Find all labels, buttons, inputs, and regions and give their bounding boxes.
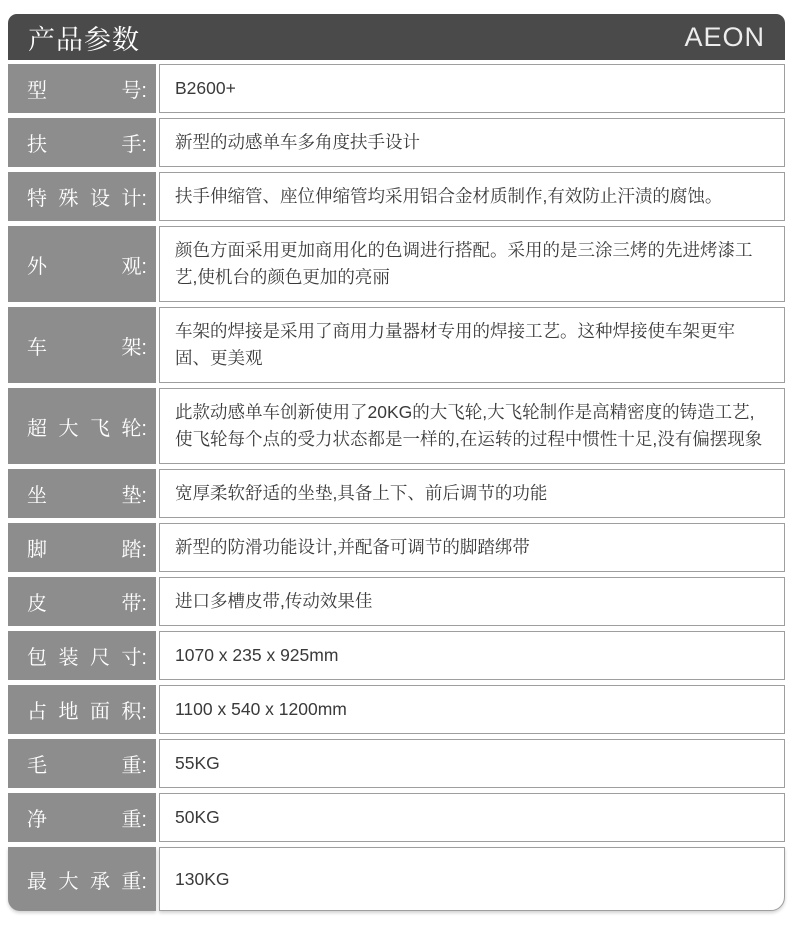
brand-logo: AEON [684, 22, 765, 53]
spec-label: 皮带: [8, 577, 156, 626]
spec-label-char: 型 [27, 74, 47, 103]
spec-label-char: 装 [58, 641, 78, 670]
spec-value: 扶手伸缩管、座位伸缩管均采用铝合金材质制作,有效防止汗渍的腐蚀。 [159, 172, 785, 221]
spec-label-char: 承 [90, 865, 110, 894]
spec-label-char: 尺 [90, 641, 110, 670]
spec-label-char: 手: [121, 128, 147, 157]
spec-label-char: 设 [90, 182, 110, 211]
spec-label-char: 重: [121, 865, 147, 894]
spec-label-char: 特 [27, 182, 47, 211]
spec-label-char: 最 [27, 865, 47, 894]
spec-row: 特殊设计: 扶手伸缩管、座位伸缩管均采用铝合金材质制作,有效防止汗渍的腐蚀。 [8, 172, 785, 221]
spec-label-char: 坐 [27, 479, 47, 508]
table-header: 产品参数 AEON [8, 14, 785, 60]
spec-label-char: 大 [58, 865, 78, 894]
spec-label-char: 观: [121, 250, 147, 279]
spec-label-char: 地 [58, 695, 78, 724]
spec-value: B2600+ [159, 64, 785, 113]
spec-value: 55KG [159, 739, 785, 788]
spec-label-char: 皮 [27, 587, 47, 616]
spec-row: 毛重: 55KG [8, 739, 785, 788]
spec-label-char: 寸: [121, 641, 147, 670]
spec-rows: 型号: B2600+ 扶手: 新型的动感单车多角度扶手设计 特殊设计: 扶手伸缩… [8, 64, 785, 911]
spec-label-char: 车 [27, 331, 47, 360]
spec-label-char: 脚 [27, 533, 47, 562]
spec-value: 1070 x 235 x 925mm [159, 631, 785, 680]
spec-label-char: 积: [121, 695, 147, 724]
spec-row: 坐垫: 宽厚柔软舒适的坐垫,具备上下、前后调节的功能 [8, 469, 785, 518]
spec-value: 车架的焊接是采用了商用力量器材专用的焊接工艺。这种焊接使车架更牢固、更美观 [159, 307, 785, 383]
spec-label-char: 殊 [58, 182, 78, 211]
spec-value: 130KG [159, 847, 785, 911]
page-title: 产品参数 [28, 18, 140, 57]
spec-row: 扶手: 新型的动感单车多角度扶手设计 [8, 118, 785, 167]
spec-row: 皮带: 进口多槽皮带,传动效果佳 [8, 577, 785, 626]
spec-label-char: 大 [58, 412, 78, 441]
spec-row: 占地面积: 1100 x 540 x 1200mm [8, 685, 785, 734]
spec-label-char: 占 [27, 695, 47, 724]
spec-label-char: 计: [121, 182, 147, 211]
spec-label-char: 外 [27, 250, 47, 279]
spec-label-char: 超 [27, 412, 47, 441]
spec-label: 脚踏: [8, 523, 156, 572]
spec-label-char: 号: [121, 74, 147, 103]
spec-label-char: 垫: [121, 479, 147, 508]
spec-value: 1100 x 540 x 1200mm [159, 685, 785, 734]
spec-label: 净重: [8, 793, 156, 842]
spec-row: 超大飞轮: 此款动感单车创新使用了20KG的大飞轮,大飞轮制作是高精密度的铸造工… [8, 388, 785, 464]
spec-value: 此款动感单车创新使用了20KG的大飞轮,大飞轮制作是高精密度的铸造工艺,使飞轮每… [159, 388, 785, 464]
spec-label-char: 飞 [90, 412, 110, 441]
spec-label-char: 架: [121, 331, 147, 360]
spec-value: 颜色方面采用更加商用化的色调进行搭配。采用的是三涂三烤的先进烤漆工艺,使机台的颜… [159, 226, 785, 302]
spec-label-char: 带: [121, 587, 147, 616]
spec-value: 进口多槽皮带,传动效果佳 [159, 577, 785, 626]
spec-value: 50KG [159, 793, 785, 842]
product-spec-table: 产品参数 AEON 型号: B2600+ 扶手: 新型的动感单车多角度扶手设计 … [8, 14, 785, 911]
spec-label: 扶手: [8, 118, 156, 167]
spec-label: 最大承重: [8, 847, 156, 911]
spec-row: 最大承重: 130KG [8, 847, 785, 911]
spec-label-char: 轮: [121, 412, 147, 441]
spec-label: 包装尺寸: [8, 631, 156, 680]
spec-label-char: 重: [121, 749, 147, 778]
spec-value: 新型的动感单车多角度扶手设计 [159, 118, 785, 167]
spec-label: 型号: [8, 64, 156, 113]
spec-label: 占地面积: [8, 685, 156, 734]
spec-label-char: 面 [90, 695, 110, 724]
spec-label-char: 扶 [27, 128, 47, 157]
spec-label: 外观: [8, 226, 156, 302]
spec-label-char: 包 [27, 641, 47, 670]
spec-row: 外观: 颜色方面采用更加商用化的色调进行搭配。采用的是三涂三烤的先进烤漆工艺,使… [8, 226, 785, 302]
spec-value: 新型的防滑功能设计,并配备可调节的脚踏绑带 [159, 523, 785, 572]
spec-label-char: 踏: [121, 533, 147, 562]
spec-label: 超大飞轮: [8, 388, 156, 464]
spec-label-char: 净 [27, 803, 47, 832]
spec-label-char: 毛 [27, 749, 47, 778]
spec-row: 脚踏: 新型的防滑功能设计,并配备可调节的脚踏绑带 [8, 523, 785, 572]
spec-label: 特殊设计: [8, 172, 156, 221]
spec-row: 型号: B2600+ [8, 64, 785, 113]
spec-row: 净重: 50KG [8, 793, 785, 842]
spec-row: 车架: 车架的焊接是采用了商用力量器材专用的焊接工艺。这种焊接使车架更牢固、更美… [8, 307, 785, 383]
spec-label-char: 重: [121, 803, 147, 832]
spec-label: 坐垫: [8, 469, 156, 518]
spec-label: 车架: [8, 307, 156, 383]
spec-label: 毛重: [8, 739, 156, 788]
spec-value: 宽厚柔软舒适的坐垫,具备上下、前后调节的功能 [159, 469, 785, 518]
spec-row: 包装尺寸: 1070 x 235 x 925mm [8, 631, 785, 680]
